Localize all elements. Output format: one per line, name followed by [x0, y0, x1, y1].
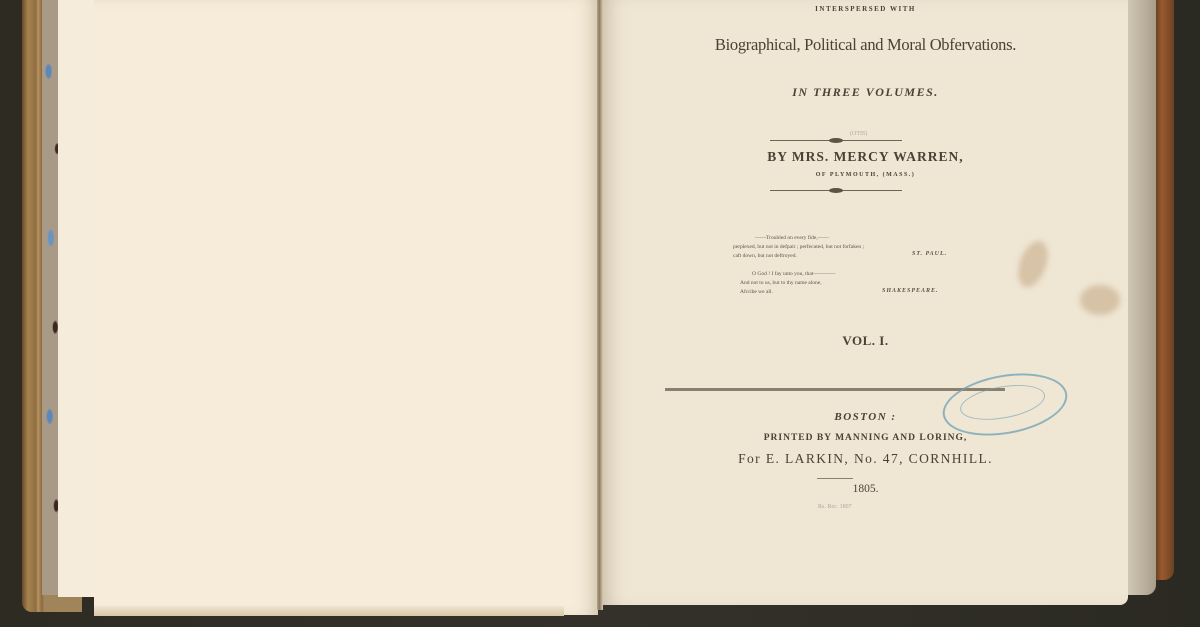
- epigraph-line: O God ! I fay unto you, that————: [740, 270, 940, 279]
- volume-number: VOL. I.: [603, 333, 1128, 349]
- volumes-line: IN THREE VOLUMES.: [603, 85, 1128, 100]
- epigraph-attribution-shakespeare: SHAKESPEARE.: [882, 288, 939, 294]
- subtitle: Biographical, Political and Moral Obferv…: [603, 35, 1128, 55]
- ornament-rule-top: [770, 140, 902, 141]
- publication-year: 1805.: [603, 483, 1128, 495]
- imprint-city: BOSTON :: [603, 411, 1128, 423]
- imprint-rule: [665, 388, 1005, 391]
- epigraph-attribution-st-paul: ST. PAUL.: [912, 251, 947, 257]
- right-leather-cover: [1154, 0, 1174, 580]
- pencil-annotation: Rs. Rec. 1807: [818, 504, 852, 510]
- epigraph-line: And not to us, but to thy name alone,: [740, 279, 940, 288]
- interspersed-label: INTERSPERSED WITH: [603, 5, 1128, 13]
- pencil-annotation-otis: (OTIS): [850, 131, 867, 137]
- year-rule: [817, 478, 853, 479]
- printer-line: PRINTED BY MANNING AND LORING,: [603, 433, 1128, 443]
- left-page-edge: [94, 606, 564, 616]
- author-place: OF PLYMOUTH, (MASS.): [603, 172, 1128, 178]
- right-page-block-edge: [1128, 0, 1156, 595]
- foxing-stain: [1080, 285, 1120, 315]
- ornament-rule-bottom: [770, 190, 902, 191]
- blank-left-page: [94, 0, 598, 615]
- publisher-line: For E. LARKIN, No. 47, CORNHILL.: [603, 451, 1128, 467]
- epigraph-line: ——Troubled on every fide,——: [733, 234, 963, 243]
- left-flyleaf: [58, 0, 95, 597]
- author-line: BY MRS. MERCY WARREN,: [603, 149, 1128, 165]
